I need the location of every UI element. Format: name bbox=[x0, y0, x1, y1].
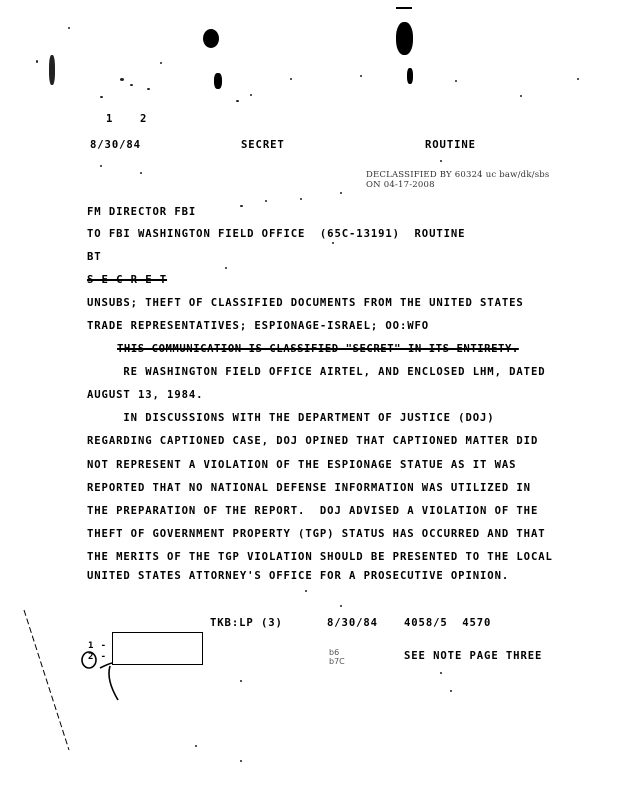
curve-mark-icon bbox=[100, 663, 118, 700]
document-page: 1 2 8/30/84 SECRET ROUTINE DECLASSIFIED … bbox=[0, 0, 619, 800]
handwritten-strokes bbox=[0, 0, 619, 800]
margin-line-icon bbox=[24, 610, 69, 750]
circle-mark-icon bbox=[82, 652, 96, 668]
